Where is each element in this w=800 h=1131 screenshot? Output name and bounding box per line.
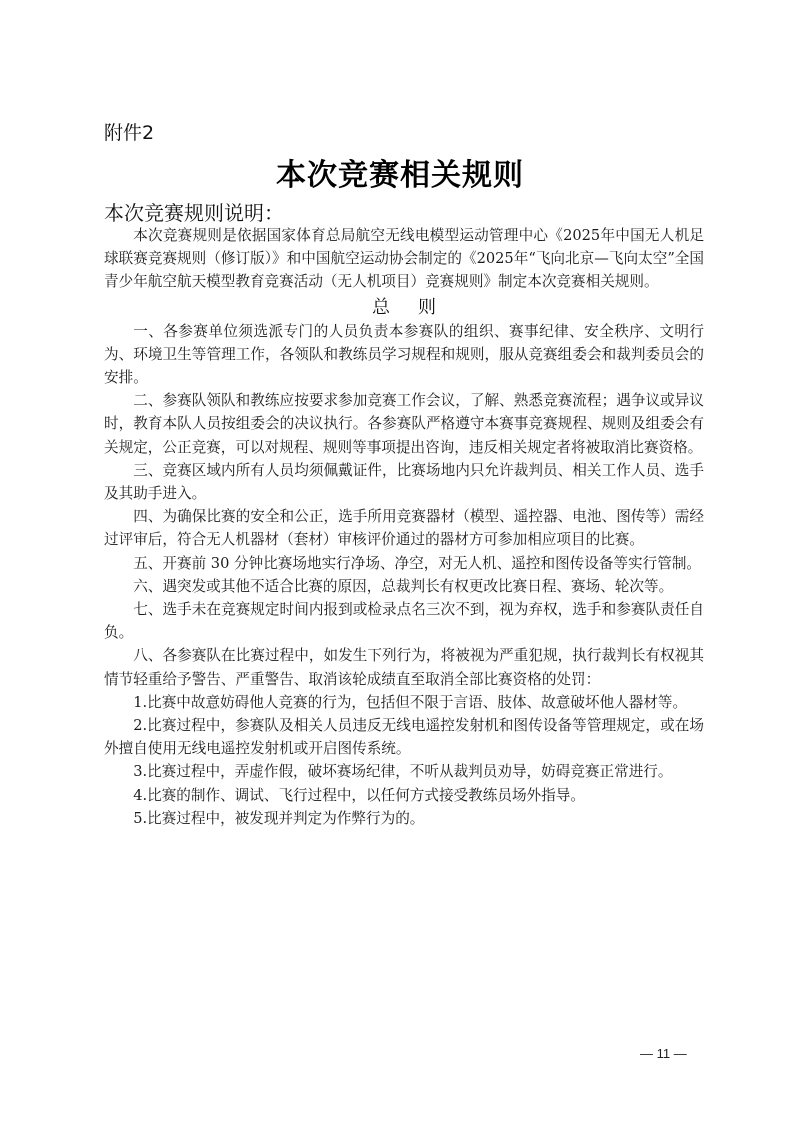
rule-paragraph-2: 二、参赛队领队和教练应按要求参加竞赛工作会议，了解、熟悉竞赛流程；遇争议或异议时… bbox=[104, 389, 704, 459]
rule-paragraph-7: 七、选手未在竞赛规定时间内报到或检录点名三次不到，视为弃权，选手和参赛队责任自负… bbox=[104, 598, 704, 644]
violation-item-3: 3.比赛过程中，弄虚作假，破坏赛场纪律，不听从裁判员劝导，妨碍竞赛正常进行。 bbox=[104, 760, 704, 783]
attachment-label: 附件2 bbox=[104, 118, 154, 145]
page-title: 本次竞赛相关规则 bbox=[0, 150, 800, 194]
rule-paragraph-3: 三、竞赛区域内所有人员均须佩戴证件，比赛场地内只允许裁判员、相关工作人员、选手及… bbox=[104, 459, 704, 505]
rule-paragraph-5: 五、开赛前 30 分钟比赛场地实行净场、净空，对无人机、遥控和图传设备等实行管制… bbox=[104, 552, 704, 575]
intro-heading: 本次竞赛规则说明： bbox=[104, 197, 284, 226]
rule-paragraph-1: 一、各参赛单位须选派专门的人员负责本参赛队的组织、赛事纪律、安全秩序、文明行为、… bbox=[104, 320, 704, 390]
violation-item-1: 1.比赛中故意妨碍他人竞赛的行为，包括但不限于言语、肢体、故意破坏他人器材等。 bbox=[104, 691, 704, 714]
violation-item-2: 2.比赛过程中，参赛队及相关人员违反无线电遥控发射机和图传设备等管理规定，或在场… bbox=[104, 714, 704, 760]
violation-item-4: 4.比赛的制作、调试、飞行过程中，以任何方式接受教练员场外指导。 bbox=[104, 784, 704, 807]
rule-paragraph-4: 四、为确保比赛的安全和公正，选手所用竞赛器材（模型、遥控器、电池、图传等）需经过… bbox=[104, 505, 704, 551]
page-number: — 11 — bbox=[640, 1046, 687, 1061]
intro-paragraph: 本次竞赛规则是依据国家体育总局航空无线电模型运动管理中心《2025年中国无人机足… bbox=[104, 224, 704, 294]
rule-paragraph-8: 八、各参赛队在比赛过程中，如发生下列行为，将被视为严重犯规，执行裁判长有权视其情… bbox=[104, 644, 704, 690]
document-page: 附件2 本次竞赛相关规则 本次竞赛规则说明： 本次竞赛规则是依据国家体育总局航空… bbox=[0, 0, 800, 1131]
section-heading-general: 总则 bbox=[132, 296, 704, 320]
violation-item-5: 5.比赛过程中，被发现并判定为作弊行为的。 bbox=[104, 807, 704, 830]
rule-paragraph-6: 六、遇突发或其他不适合比赛的原因，总裁判长有权更改比赛日程、赛场、轮次等。 bbox=[104, 575, 704, 598]
document-body: 本次竞赛规则是依据国家体育总局航空无线电模型运动管理中心《2025年中国无人机足… bbox=[104, 224, 704, 830]
